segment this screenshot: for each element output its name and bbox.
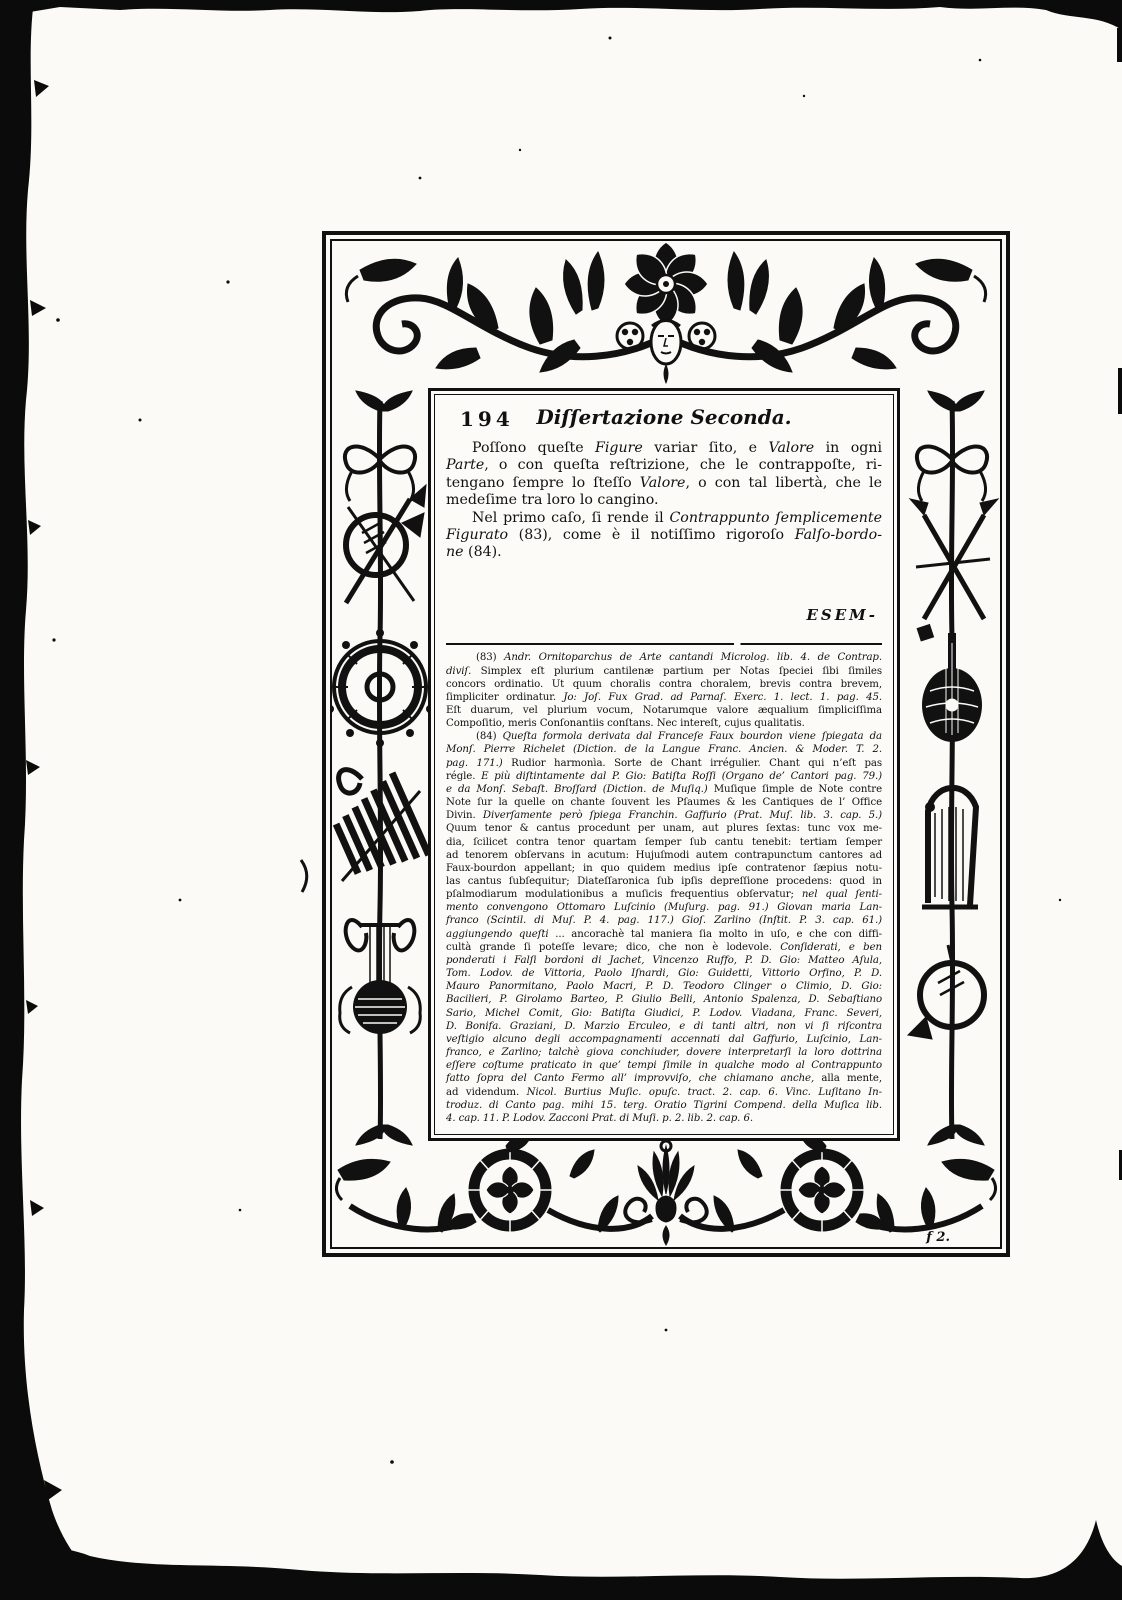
mask-icon	[651, 320, 681, 384]
text-line: Tom. Lodov. de Vittoria, Paolo Iſnardi, …	[446, 967, 882, 980]
signature-mark: f 2.	[926, 1230, 950, 1245]
footnote-83: (83) Andr. Ornitoparchus de Arte cantand…	[446, 651, 882, 730]
text-line: Sario, Michel Comit, Gio: Batiſta Giudic…	[446, 1007, 882, 1020]
text-line: Note ſur la quelle on chante ſouvent les…	[446, 796, 882, 809]
lute-icon	[917, 624, 982, 742]
right-border-instrument-trophy	[904, 387, 1000, 1147]
text-line: veſtigio alcuno degli accompagnamenti ac…	[446, 1033, 882, 1046]
finial-leaves	[928, 391, 984, 411]
text-line: eſſere coſtume praticato in que’ tempi ſ…	[446, 1059, 882, 1072]
text-line: Faux-bourdon appellant; in quo quidem me…	[446, 862, 882, 875]
text-line: troduz. di Canto pag. mihi 15. terg. Ora…	[446, 1099, 882, 1112]
catchword: ESEM-	[446, 606, 882, 624]
ornamental-border-frame: f 2. 194 Diſſertazione Seconda. Poſſono …	[322, 231, 1010, 1257]
text-line: diviſ. Simplex eſt plurium cantilenæ par…	[446, 665, 882, 678]
text-line: Figurato (83), come è il notiſſimo rigor…	[446, 527, 882, 544]
text-line: tengano ſempre lo ſteſſo Valore, o con t…	[446, 475, 882, 492]
text-line: Bacilieri, P. Girolamo Barteo, P. Giulio…	[446, 993, 882, 1006]
text-line: e da Monſ. Sebaſt. Broſſard (Diction. de…	[446, 783, 882, 796]
text-line: ad tenorem obſervans in acutum: Hujuſmod…	[446, 849, 882, 862]
bottom-border-floral-ornament	[330, 1136, 1002, 1248]
text-line: régle. E più diſtintamente dal P. Gio: B…	[446, 770, 882, 783]
text-line: ne (84).	[446, 544, 882, 561]
top-border-rosette-mask-ornament	[330, 240, 1002, 388]
scanned-book-page: f 2. 194 Diſſertazione Seconda. Poſſono …	[0, 0, 1122, 1600]
text-line: Divin. Diverſamente però ſpiega Franchin…	[446, 809, 882, 822]
paragraph-2: Nel primo caſo, ſi rende il Contrappunto…	[446, 510, 882, 562]
text-line: pſalmodiarum modulationibus a muſicis fr…	[446, 888, 882, 901]
horn-and-trumpet-icon	[346, 485, 426, 603]
footnote-divider-rule	[446, 643, 882, 646]
bottom-edge-band	[0, 1520, 1122, 1600]
top-edge-band	[0, 0, 1122, 30]
text-line: 4. cap. 11. P. Lodov. Zacconi Prat. di M…	[446, 1112, 882, 1125]
text-line: pag. 171.) Rudior harmonìa. Sorte de Cha…	[446, 757, 882, 770]
text-panel: 194 Diſſertazione Seconda. Poſſono queſt…	[428, 388, 900, 1141]
text-line: Quum tenor & cantus procedunt per unam, …	[446, 822, 882, 835]
page-header: 194 Diſſertazione Seconda.	[446, 405, 882, 435]
text-line: Compoſitio, meris Conſonantiis conſtans.…	[446, 717, 882, 730]
footnote-84: (84) Queſta formola derivata dal Franceſ…	[446, 730, 882, 1125]
text-line: mento convengono Ottomaro Luſcinio (Muſu…	[446, 901, 882, 914]
left-edge-band	[0, 0, 120, 1600]
rosette-icon	[624, 242, 708, 384]
hunting-horn-icon	[908, 945, 984, 1039]
text-line: Poſſono queſte Figure variar ſito, e Val…	[446, 440, 882, 457]
text-line: aggiungendo queſti ... ancorachè tal man…	[446, 928, 882, 941]
palmette-icon	[625, 1141, 706, 1245]
text-line: franco, e Zarlino; talchè giova conchiud…	[446, 1046, 882, 1059]
text-line: D. Bonifa. Graziani, D. Marzio Erculeo, …	[446, 1020, 882, 1033]
text-line: (83) Andr. Ornitoparchus de Arte cantand…	[446, 651, 882, 664]
text-line: las cantus ſubſequitur; Diateſſaronica ſ…	[446, 875, 882, 888]
text-line: Parte, o con queſta reſtrizione, che le …	[446, 457, 882, 474]
text-line: Nel primo caſo, ſi rende il Contrappunto…	[446, 510, 882, 527]
text-line: (84) Queſta formola derivata dal Franceſ…	[446, 730, 882, 743]
text-line: Mauro Panormitano, Paolo Macri, P. D. Te…	[446, 980, 882, 993]
text-line: Monſ. Pierre Richelet (Diction. de la La…	[446, 743, 882, 756]
text-line: medeſime tra loro lo cangino.	[446, 492, 882, 509]
left-border-instrument-trophy	[332, 387, 428, 1147]
text-line: franco (Scintil. di Muſ. P. 4. pag. 117.…	[446, 914, 882, 927]
finial-leaves	[356, 391, 412, 411]
text-panel-content: 194 Diſſertazione Seconda. Poſſono queſt…	[446, 397, 882, 1132]
text-line: ponderati i Falſi bordoni di Jachet, Vin…	[446, 954, 882, 967]
pen-mark	[301, 860, 307, 892]
text-line: cultà grande ſi poteſſe levare; dico, ch…	[446, 941, 882, 954]
text-line: concors ordinatio. Ut quum choralis cont…	[446, 678, 882, 691]
page-number: 194	[460, 407, 514, 431]
text-line: Eſt duarum, vel plurium vocum, Notarumqu…	[446, 704, 882, 717]
text-line: fatto ſopra del Canto Fermo all’ improvv…	[446, 1072, 882, 1085]
text-line: ſimpliciter ordinatur. Jo: Joſ. Fux Grad…	[446, 691, 882, 704]
text-line: ad videndum. Nicol. Burtius Muſic. opuſc…	[446, 1086, 882, 1099]
text-line: dia, ſcilicet contra tenor quartam ſempe…	[446, 836, 882, 849]
paragraph-1: Poſſono queſte Figure variar ſito, e Val…	[446, 440, 882, 510]
